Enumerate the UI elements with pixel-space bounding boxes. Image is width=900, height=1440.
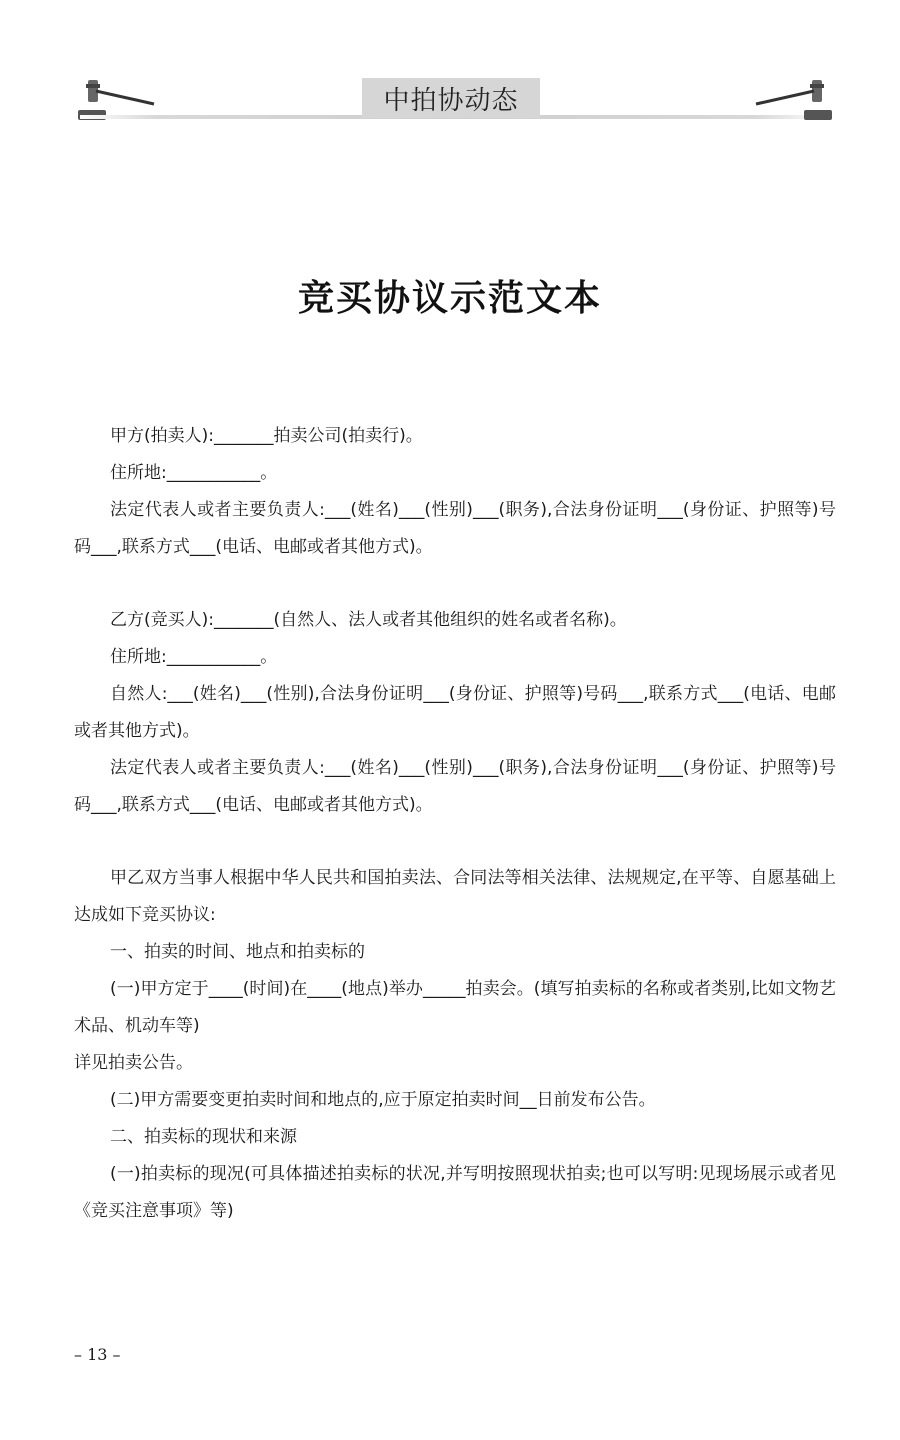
party-b-name: 乙方(竞买人):_______(自然人、法人或者其他组织的姓名或者名称)。 [74, 602, 836, 639]
party-b-natural-person: 自然人:___(姓名)___(性别),合法身份证明___(身份证、护照等)号码_… [74, 676, 836, 750]
party-b-block: 乙方(竞买人):_______(自然人、法人或者其他组织的姓名或者名称)。 住所… [74, 602, 836, 824]
section-1-item-1: (一)甲方定于____(时间)在____(地点)举办_____拍卖会。(填写拍卖… [74, 971, 836, 1045]
page-number: – 13 – [74, 1345, 121, 1364]
agreement-block: 甲乙双方当事人根据中华人民共和国拍卖法、合同法等相关法律、法规规定,在平等、自愿… [74, 860, 836, 1230]
party-a-name: 甲方(拍卖人):_______拍卖公司(拍卖行)。 [74, 418, 836, 455]
document-title: 竞买协议示范文本 [0, 270, 900, 321]
party-a-block: 甲方(拍卖人):_______拍卖公司(拍卖行)。 住所地:__________… [74, 418, 836, 566]
party-a-address: 住所地:___________。 [74, 455, 836, 492]
gavel-icon [748, 74, 838, 122]
page-header: 中拍协动态 [70, 70, 840, 130]
party-a-representative: 法定代表人或者主要负责人:___(姓名)___(性别)___(职务),合法身份证… [74, 492, 836, 566]
section-1-item-1-continued: 详见拍卖公告。 [74, 1045, 836, 1082]
section-title: 中拍协动态 [362, 78, 540, 118]
section-2-item-1: (一)拍卖标的现况(可具体描述拍卖标的状况,并写明按照现状拍卖;也可以写明:见现… [74, 1156, 836, 1230]
section-1-item-2: (二)甲方需要变更拍卖时间和地点的,应于原定拍卖时间__日前发布公告。 [74, 1082, 836, 1119]
party-b-representative: 法定代表人或者主要负责人:___(姓名)___(性别)___(职务),合法身份证… [74, 750, 836, 824]
section-2-heading: 二、拍卖标的现状和来源 [74, 1119, 836, 1156]
party-b-address: 住所地:___________。 [74, 639, 836, 676]
section-1-heading: 一、拍卖的时间、地点和拍卖标的 [74, 934, 836, 971]
agreement-intro: 甲乙双方当事人根据中华人民共和国拍卖法、合同法等相关法律、法规规定,在平等、自愿… [74, 860, 836, 934]
